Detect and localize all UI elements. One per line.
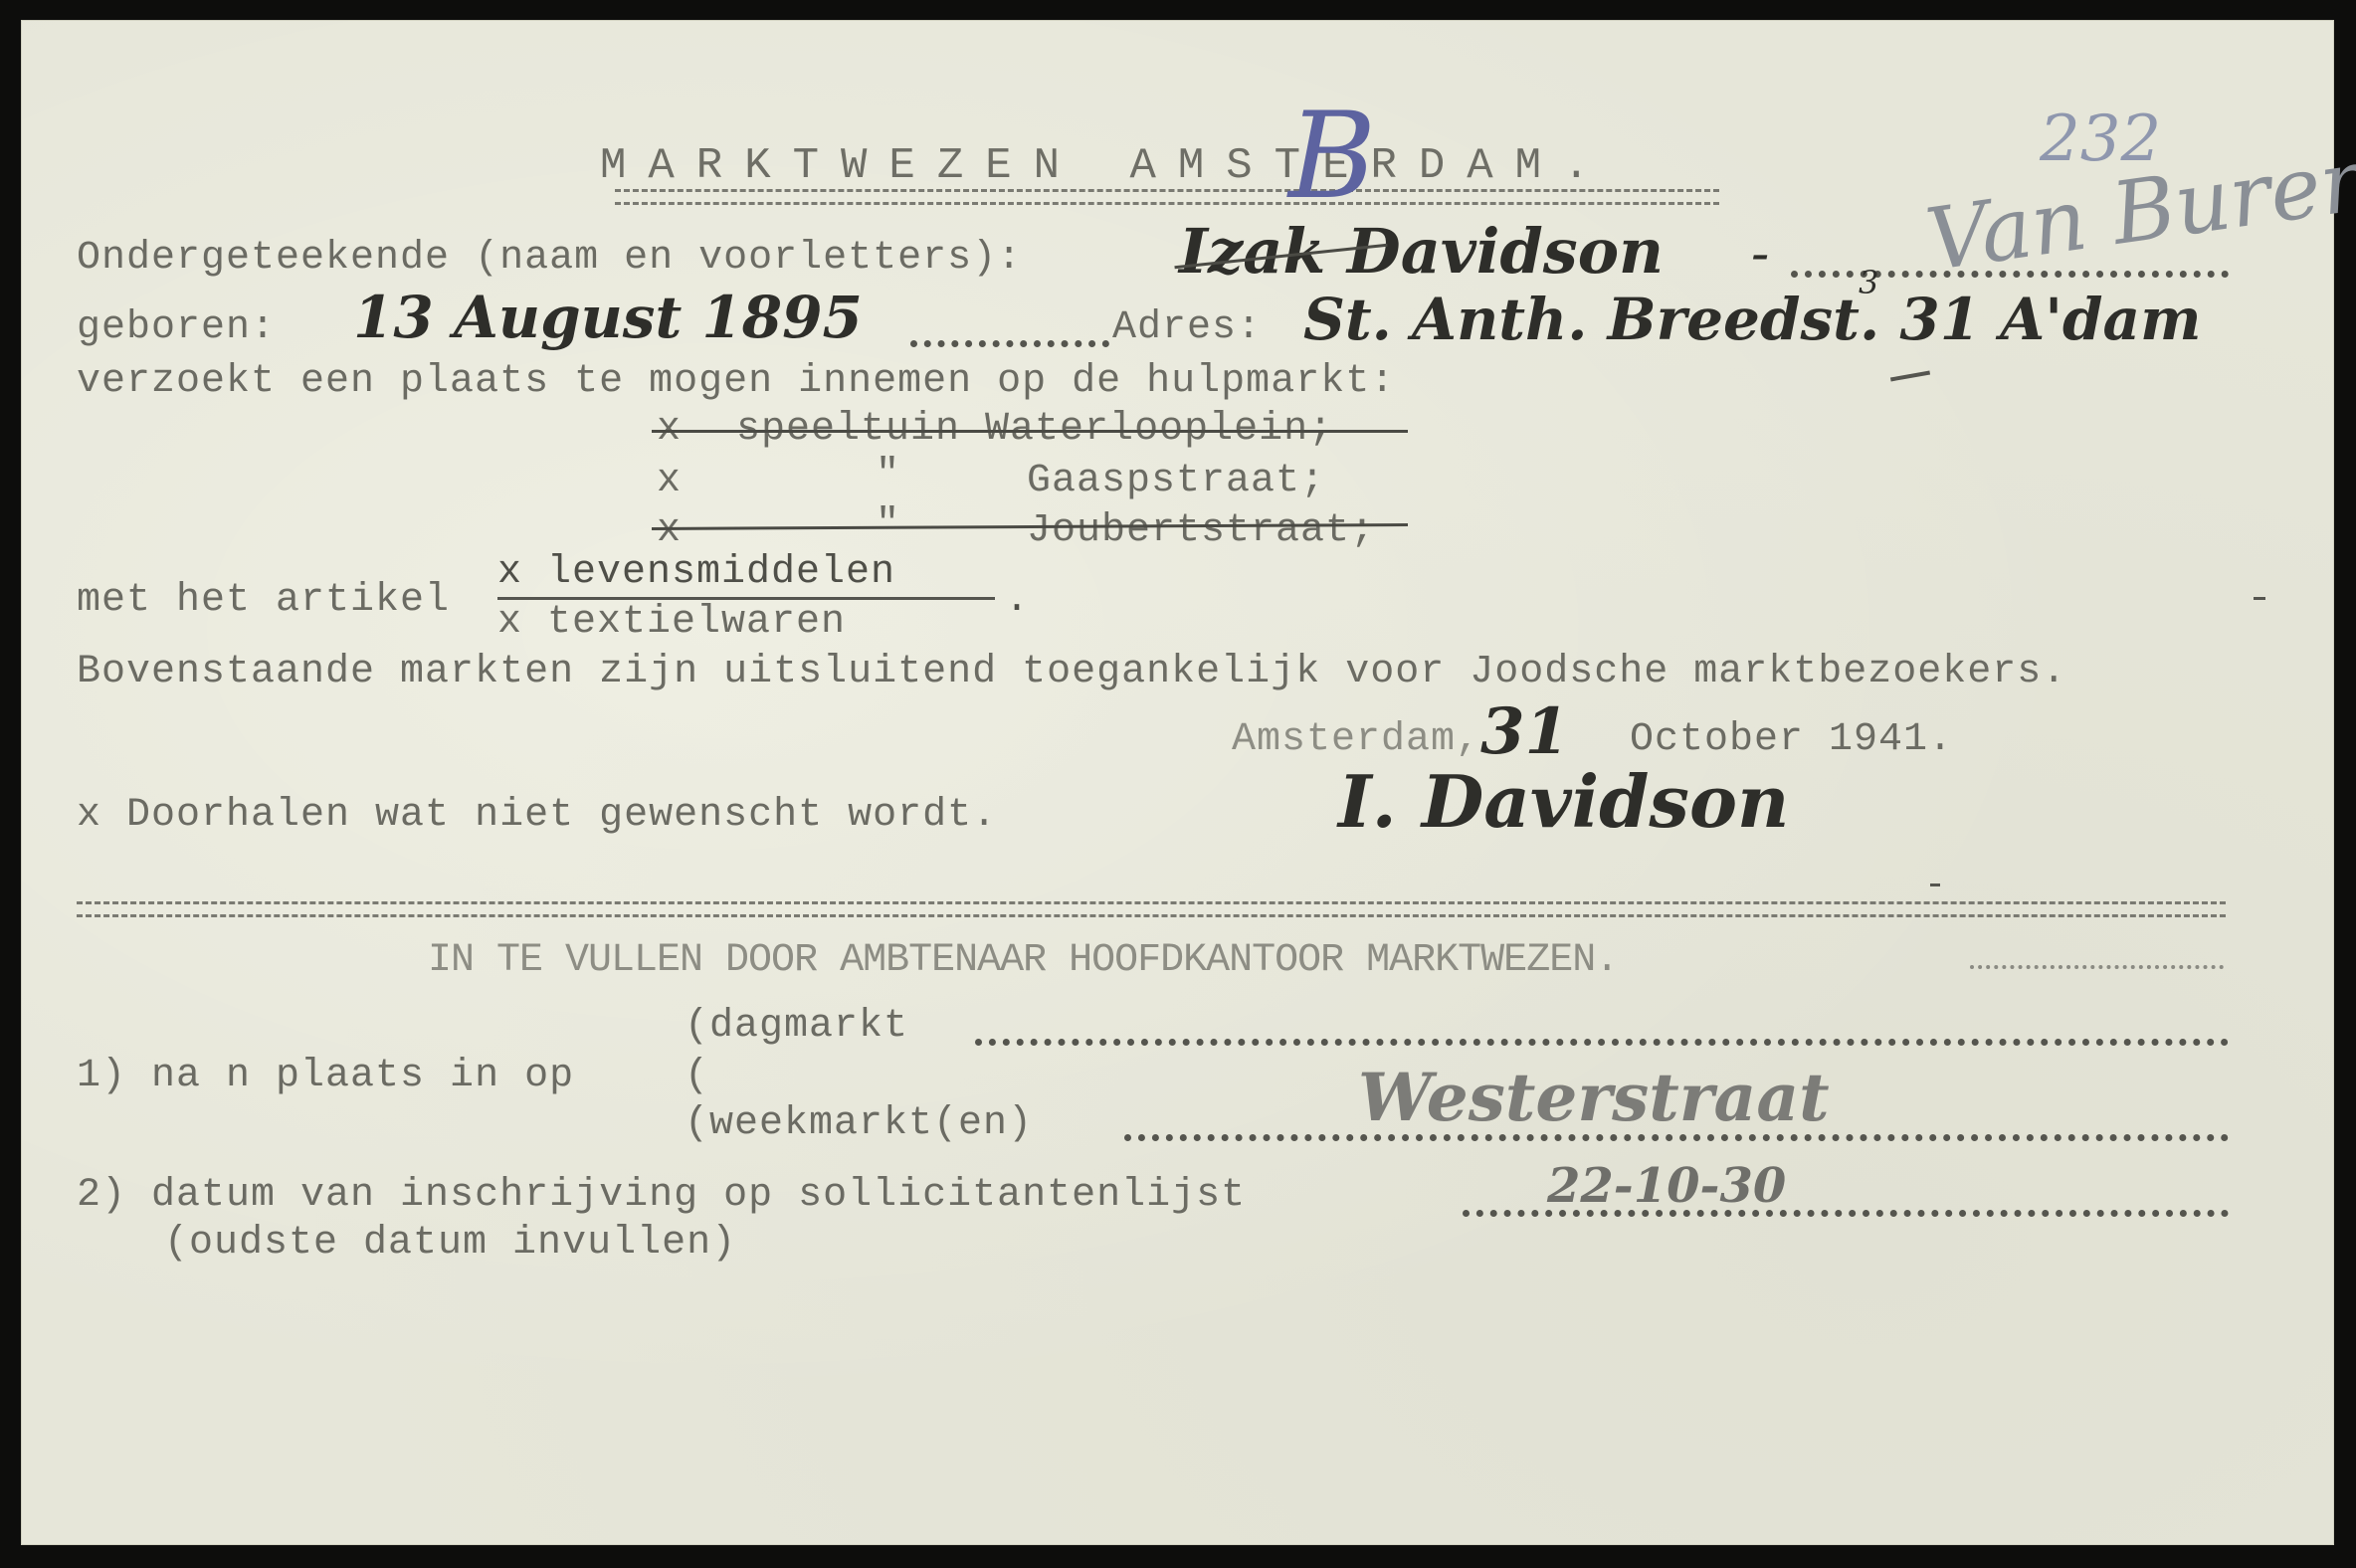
weekmarkt-value: Westerstraat	[1358, 1065, 1830, 1130]
request-line: verzoekt een plaats te mogen innemen op …	[77, 362, 1395, 402]
article-option-textile: x textielwaren	[497, 603, 846, 643]
address-label: Adres:	[1112, 308, 1262, 348]
document-title: MARKTWEZEN AMSTERDAM.	[600, 141, 1612, 191]
item1-label: 1) na n plaats in op	[77, 1057, 574, 1096]
applicant-dotted-line	[1791, 271, 2229, 278]
dagmarkt-label: (dagmarkt	[685, 1007, 908, 1047]
section-separator	[77, 901, 2226, 917]
strike-instruction: x Doorhalen wat niet gewenscht wordt.	[77, 796, 997, 836]
market-3-name: Joubertstraat;	[1027, 511, 1375, 551]
notice-text: Bovenstaande markten zijn uitsluitend to…	[77, 653, 2066, 692]
place-label: Amsterdam,	[1232, 720, 1480, 760]
applicant-name-value: Izak Davidson	[1179, 221, 1664, 283]
weekmarkt-label: (weekmarkt(en)	[685, 1104, 1033, 1144]
address-superscript: 3	[1859, 267, 1878, 298]
date-day-value: 31	[1480, 700, 1569, 764]
market-1-strikethrough	[652, 430, 1408, 433]
market-2-marker: x	[657, 462, 682, 501]
applicant-label: Ondergeteekende (naam en voorletters):	[77, 239, 1022, 279]
article-label: met het artikel	[77, 581, 450, 621]
address-value: St. Anth. Breedst. 31 A'dam	[1303, 291, 2202, 348]
market-3-marker: x	[657, 511, 682, 551]
handwritten-b-overwrite: B	[1288, 98, 1376, 217]
item2-sublabel: (oudste datum invullen)	[164, 1224, 736, 1264]
item2-label: 2) datum van inschrijving op sollicitant…	[77, 1176, 1246, 1216]
item1-bracket: (	[685, 1057, 709, 1096]
title-double-underline	[615, 189, 1719, 205]
margin-dash-mark	[2254, 597, 2265, 600]
article-end-mark: .	[1005, 581, 1030, 621]
applicant-signature: I. Davidson	[1338, 766, 1789, 838]
dagmarkt-dotted-line	[975, 1039, 2229, 1046]
official-heading-dots	[1970, 965, 2224, 969]
market-2-name: Gaaspstraat;	[1027, 462, 1325, 501]
birth-dotted-line	[910, 340, 1109, 347]
article-option-food: x levensmiddelen	[497, 553, 895, 593]
birth-label: geboren:	[77, 308, 276, 348]
signature-dash-mark	[1930, 883, 1940, 886]
market-2-ditto: "	[876, 456, 900, 495]
applicant-dash: -	[1751, 227, 1769, 281]
date-month-year: October 1941.	[1630, 720, 1953, 760]
official-heading: IN TE VULLEN DOOR AMBTENAAR HOOFDKANTOOR…	[428, 941, 1618, 981]
item2-date-value: 22-10-30	[1547, 1162, 1786, 1210]
birth-value: 13 August 1895	[353, 289, 863, 346]
